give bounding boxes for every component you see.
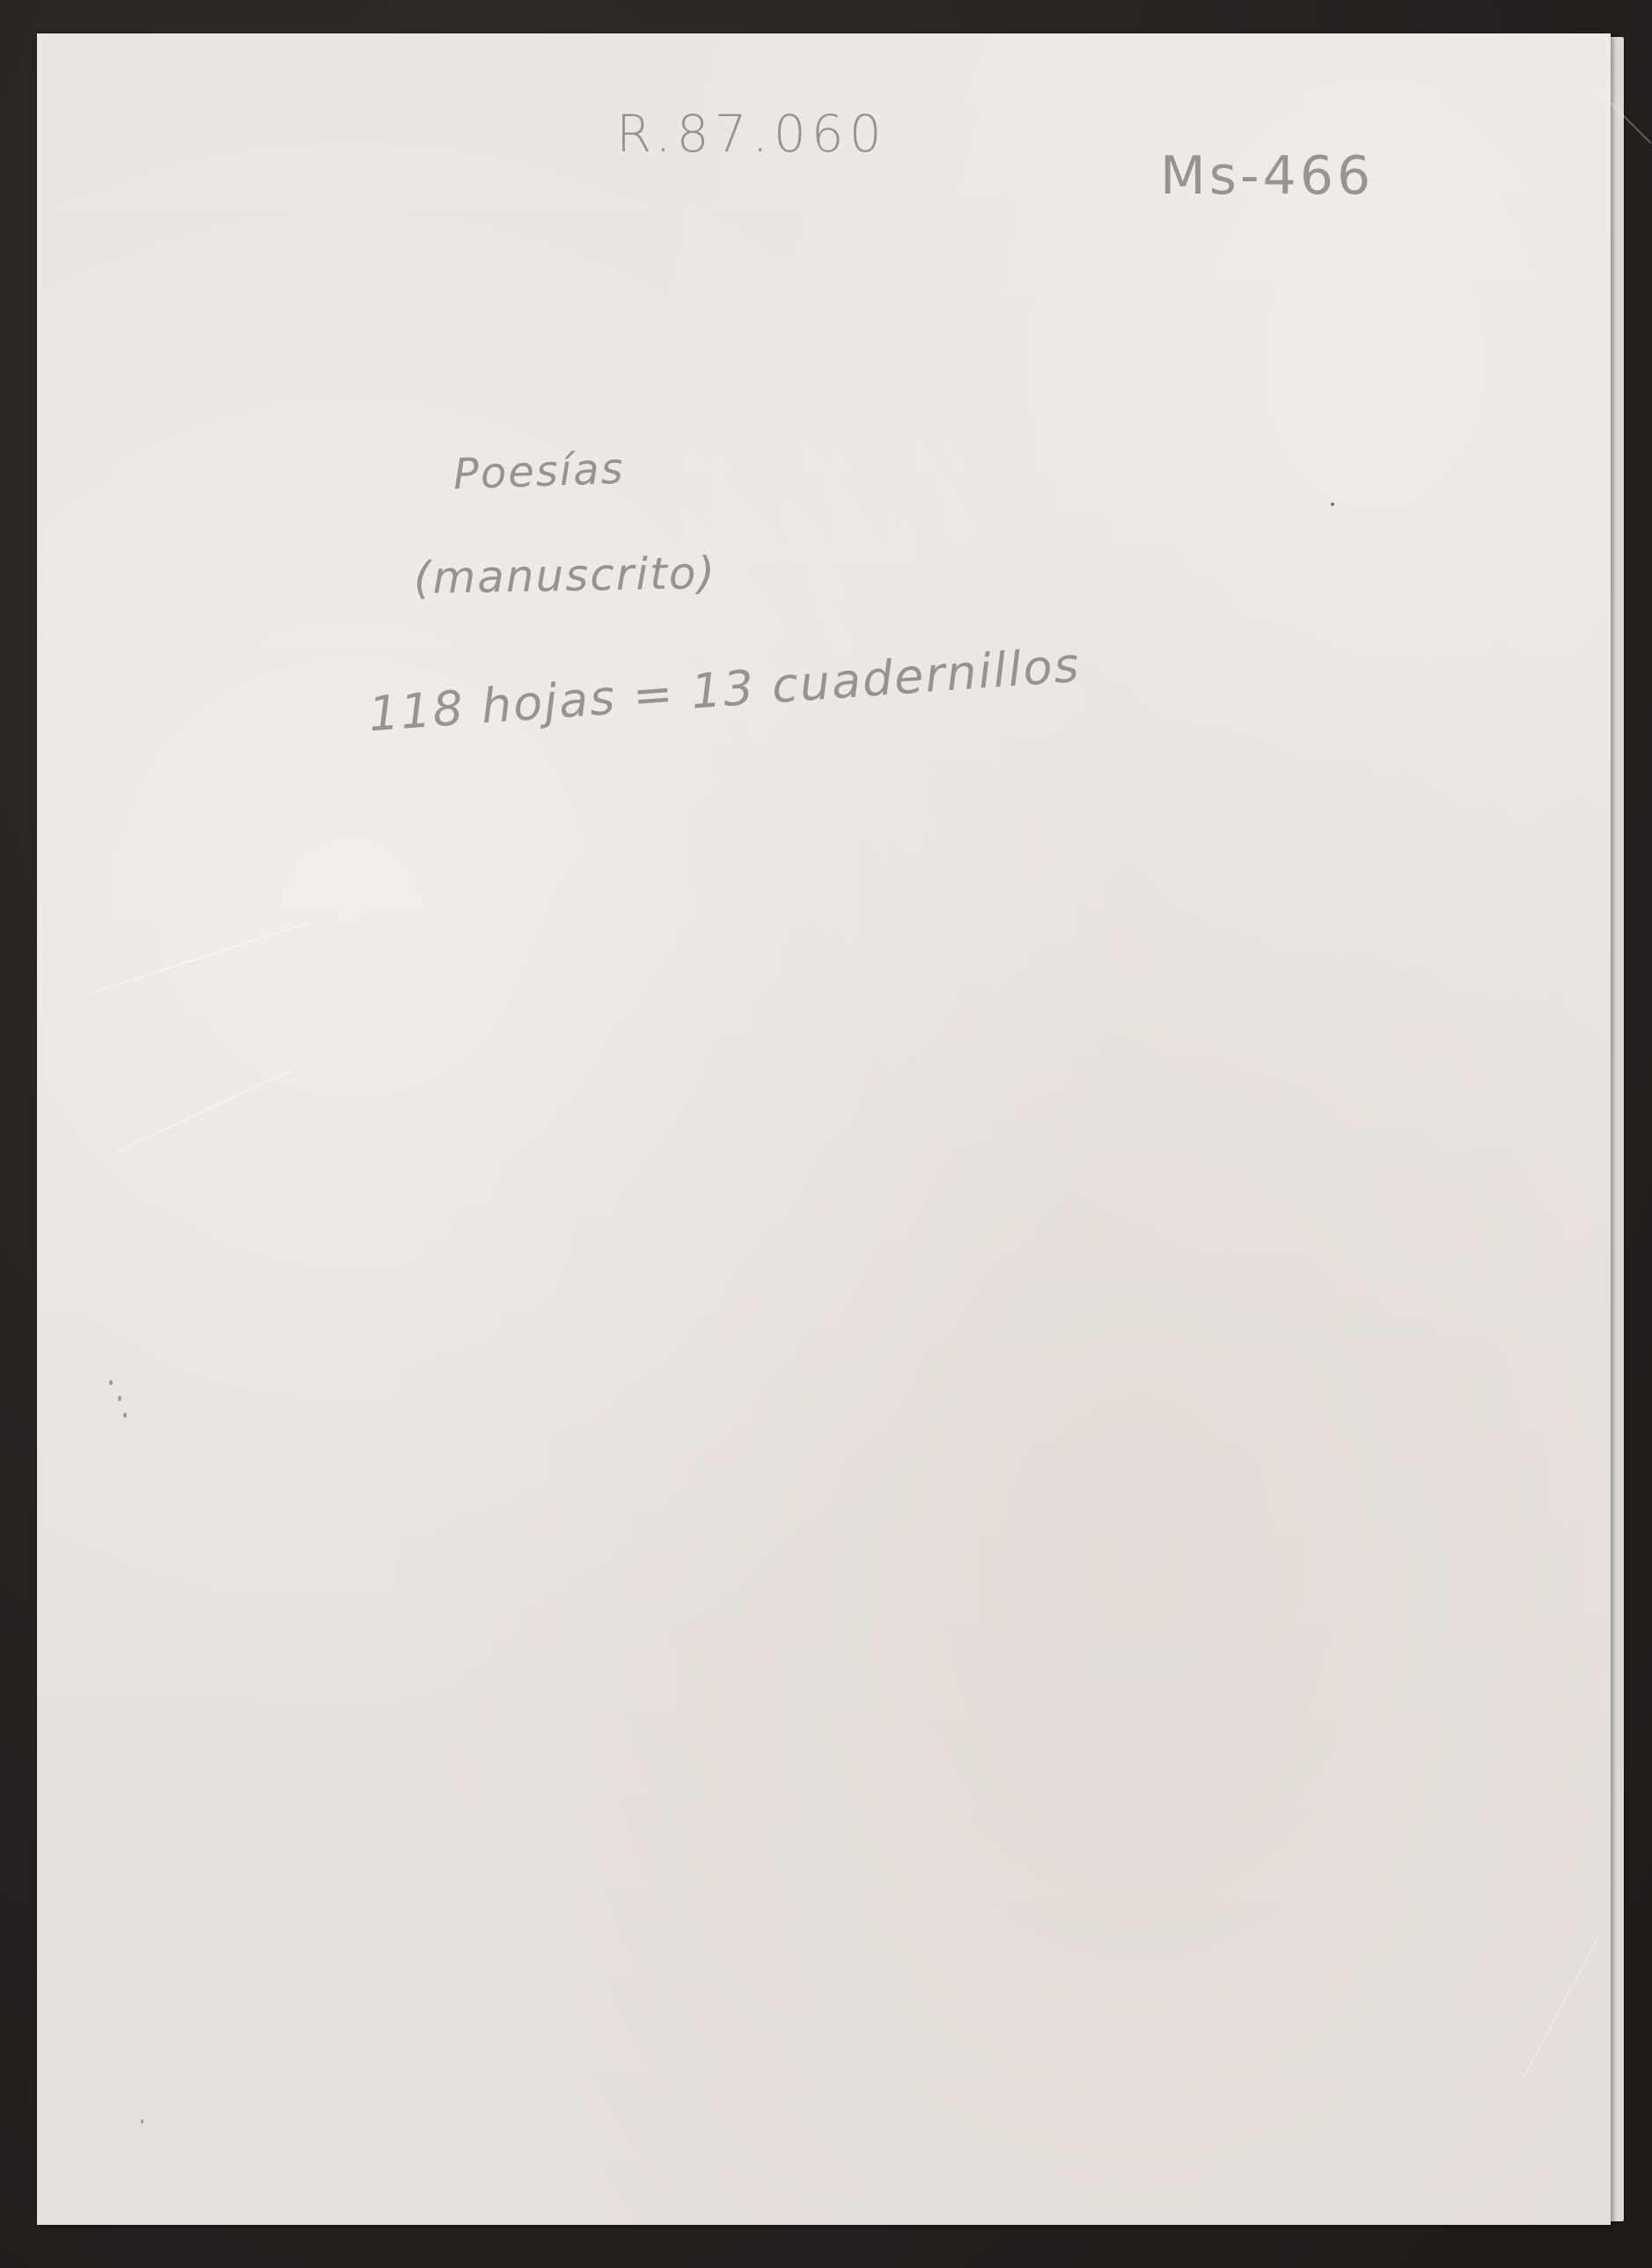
paper-crease xyxy=(1524,1936,1599,2077)
paper-crease xyxy=(116,1069,292,1153)
paper-speck xyxy=(123,1413,127,1418)
paper-speck xyxy=(141,2119,143,2124)
paper-crease xyxy=(90,922,308,995)
note-subtitle: (manuscrito) xyxy=(414,547,717,604)
manuscript-number: Ms-466 xyxy=(1160,145,1374,207)
note-title: Poesías xyxy=(452,444,625,500)
paper-speck xyxy=(118,1396,121,1401)
pencil-dot xyxy=(1331,503,1334,506)
paper-speck xyxy=(109,1380,113,1385)
shelfmark-reference: R.87.060 xyxy=(616,104,887,164)
cover-sheet xyxy=(37,33,1611,2225)
